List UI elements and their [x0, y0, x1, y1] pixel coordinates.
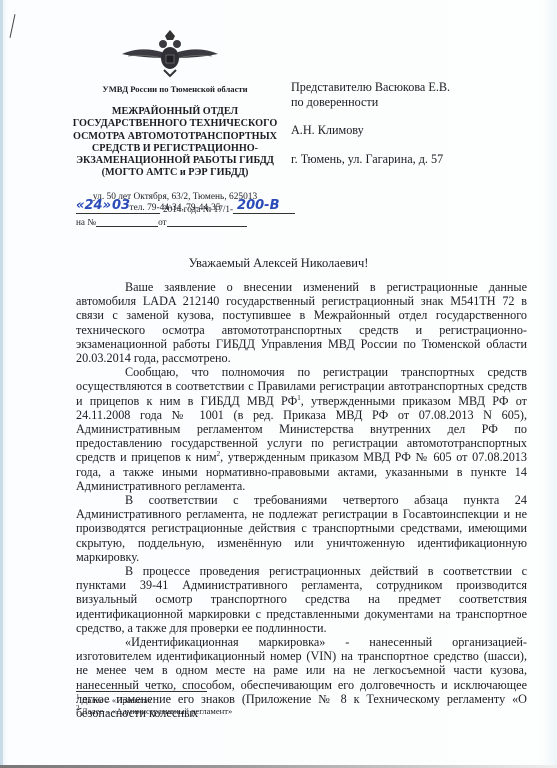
- paragraph: В процессе проведения регистрационных де…: [76, 564, 527, 635]
- footnote-separator: [76, 691, 207, 692]
- footnote: 1 Далее – «Правила»: [76, 695, 232, 706]
- recipient-line1: Представителю Васюкова Е.В.: [291, 80, 450, 95]
- handwritten-month: 03: [106, 198, 160, 214]
- paragraph: Ваше заявление о внесении изменений в ре…: [76, 280, 527, 365]
- department-line: ОСМОТРА АВТОМОТОТРАНСПОРТНЫХ: [60, 131, 290, 143]
- footnotes: 1 Далее – «Правила» 2 Далее – «Администр…: [76, 695, 232, 716]
- mvd-eagle-emblem-icon: [120, 28, 220, 78]
- organization-name: УМВД России по Тюменской области: [60, 84, 290, 94]
- reply-to-number-blank: [96, 226, 158, 227]
- recipient-line2: по доверенности: [291, 95, 450, 110]
- sender-letterhead: УМВД России по Тюменской области МЕЖРАЙО…: [60, 84, 290, 214]
- paragraph: В соответствии с требованиями четвертого…: [76, 493, 527, 564]
- footnote-text: Далее – «Административный регламент»: [82, 706, 233, 716]
- from-date-blank: [167, 226, 247, 227]
- department-line: ЭКЗАМЕНАЦИОННОЙ РАБОТЫ ГИБДД: [60, 155, 290, 167]
- department-line: СРЕДСТВ И РЕГИСТРАЦИОННО-: [60, 143, 290, 155]
- department-line: МЕЖРАЙОННЫЙ ОТДЕЛ: [60, 106, 290, 118]
- footnote: 2 Далее – «Административный регламент»: [76, 706, 232, 717]
- paragraph: Сообщаю, что полномочия по регистрации т…: [76, 365, 527, 493]
- footnote-mark: 2: [76, 704, 80, 712]
- department-line: ГОСУДАРСТВЕННОГО ТЕХНИЧЕСКОГО: [60, 118, 290, 130]
- outgoing-number-row: «24» 03 2014 года № 17/1- 200-В: [76, 201, 296, 214]
- pen-mark: [10, 14, 16, 38]
- letter-body: Ваше заявление о внесении изменений в ре…: [76, 280, 527, 720]
- footnote-text: Далее – «Правила»: [82, 695, 152, 705]
- footnote-mark: 1: [76, 693, 80, 701]
- reply-to-row: на № от: [76, 214, 296, 227]
- scanned-letter-page: УМВД России по Тюменской области МЕЖРАЙО…: [0, 0, 557, 768]
- recipient-name: А.Н. Климову: [291, 123, 450, 138]
- salutation: Уважаемый Алексей Николаевич!: [0, 256, 557, 271]
- department-line: (МОГТО АМТС и РЭР ГИБДД): [60, 167, 290, 179]
- reply-to-label: на №: [76, 217, 96, 227]
- year-and-number-prefix: 2014 года № 17/1-: [163, 204, 233, 214]
- department-name: МЕЖРАЙОННЫЙ ОТДЕЛ ГОСУДАРСТВЕННОГО ТЕХНИ…: [60, 106, 290, 180]
- handwritten-day: «24»: [76, 198, 106, 214]
- recipient-address: г. Тюмень, ул. Гагарина, д. 57: [291, 152, 450, 167]
- from-label: от: [158, 217, 167, 227]
- recipient-block: Представителю Васюкова Е.В. по доверенно…: [291, 80, 450, 166]
- scan-edge-shadow: [0, 0, 3, 768]
- outgoing-reference: «24» 03 2014 года № 17/1- 200-В на № от: [76, 201, 296, 227]
- handwritten-number: 200-В: [233, 198, 295, 214]
